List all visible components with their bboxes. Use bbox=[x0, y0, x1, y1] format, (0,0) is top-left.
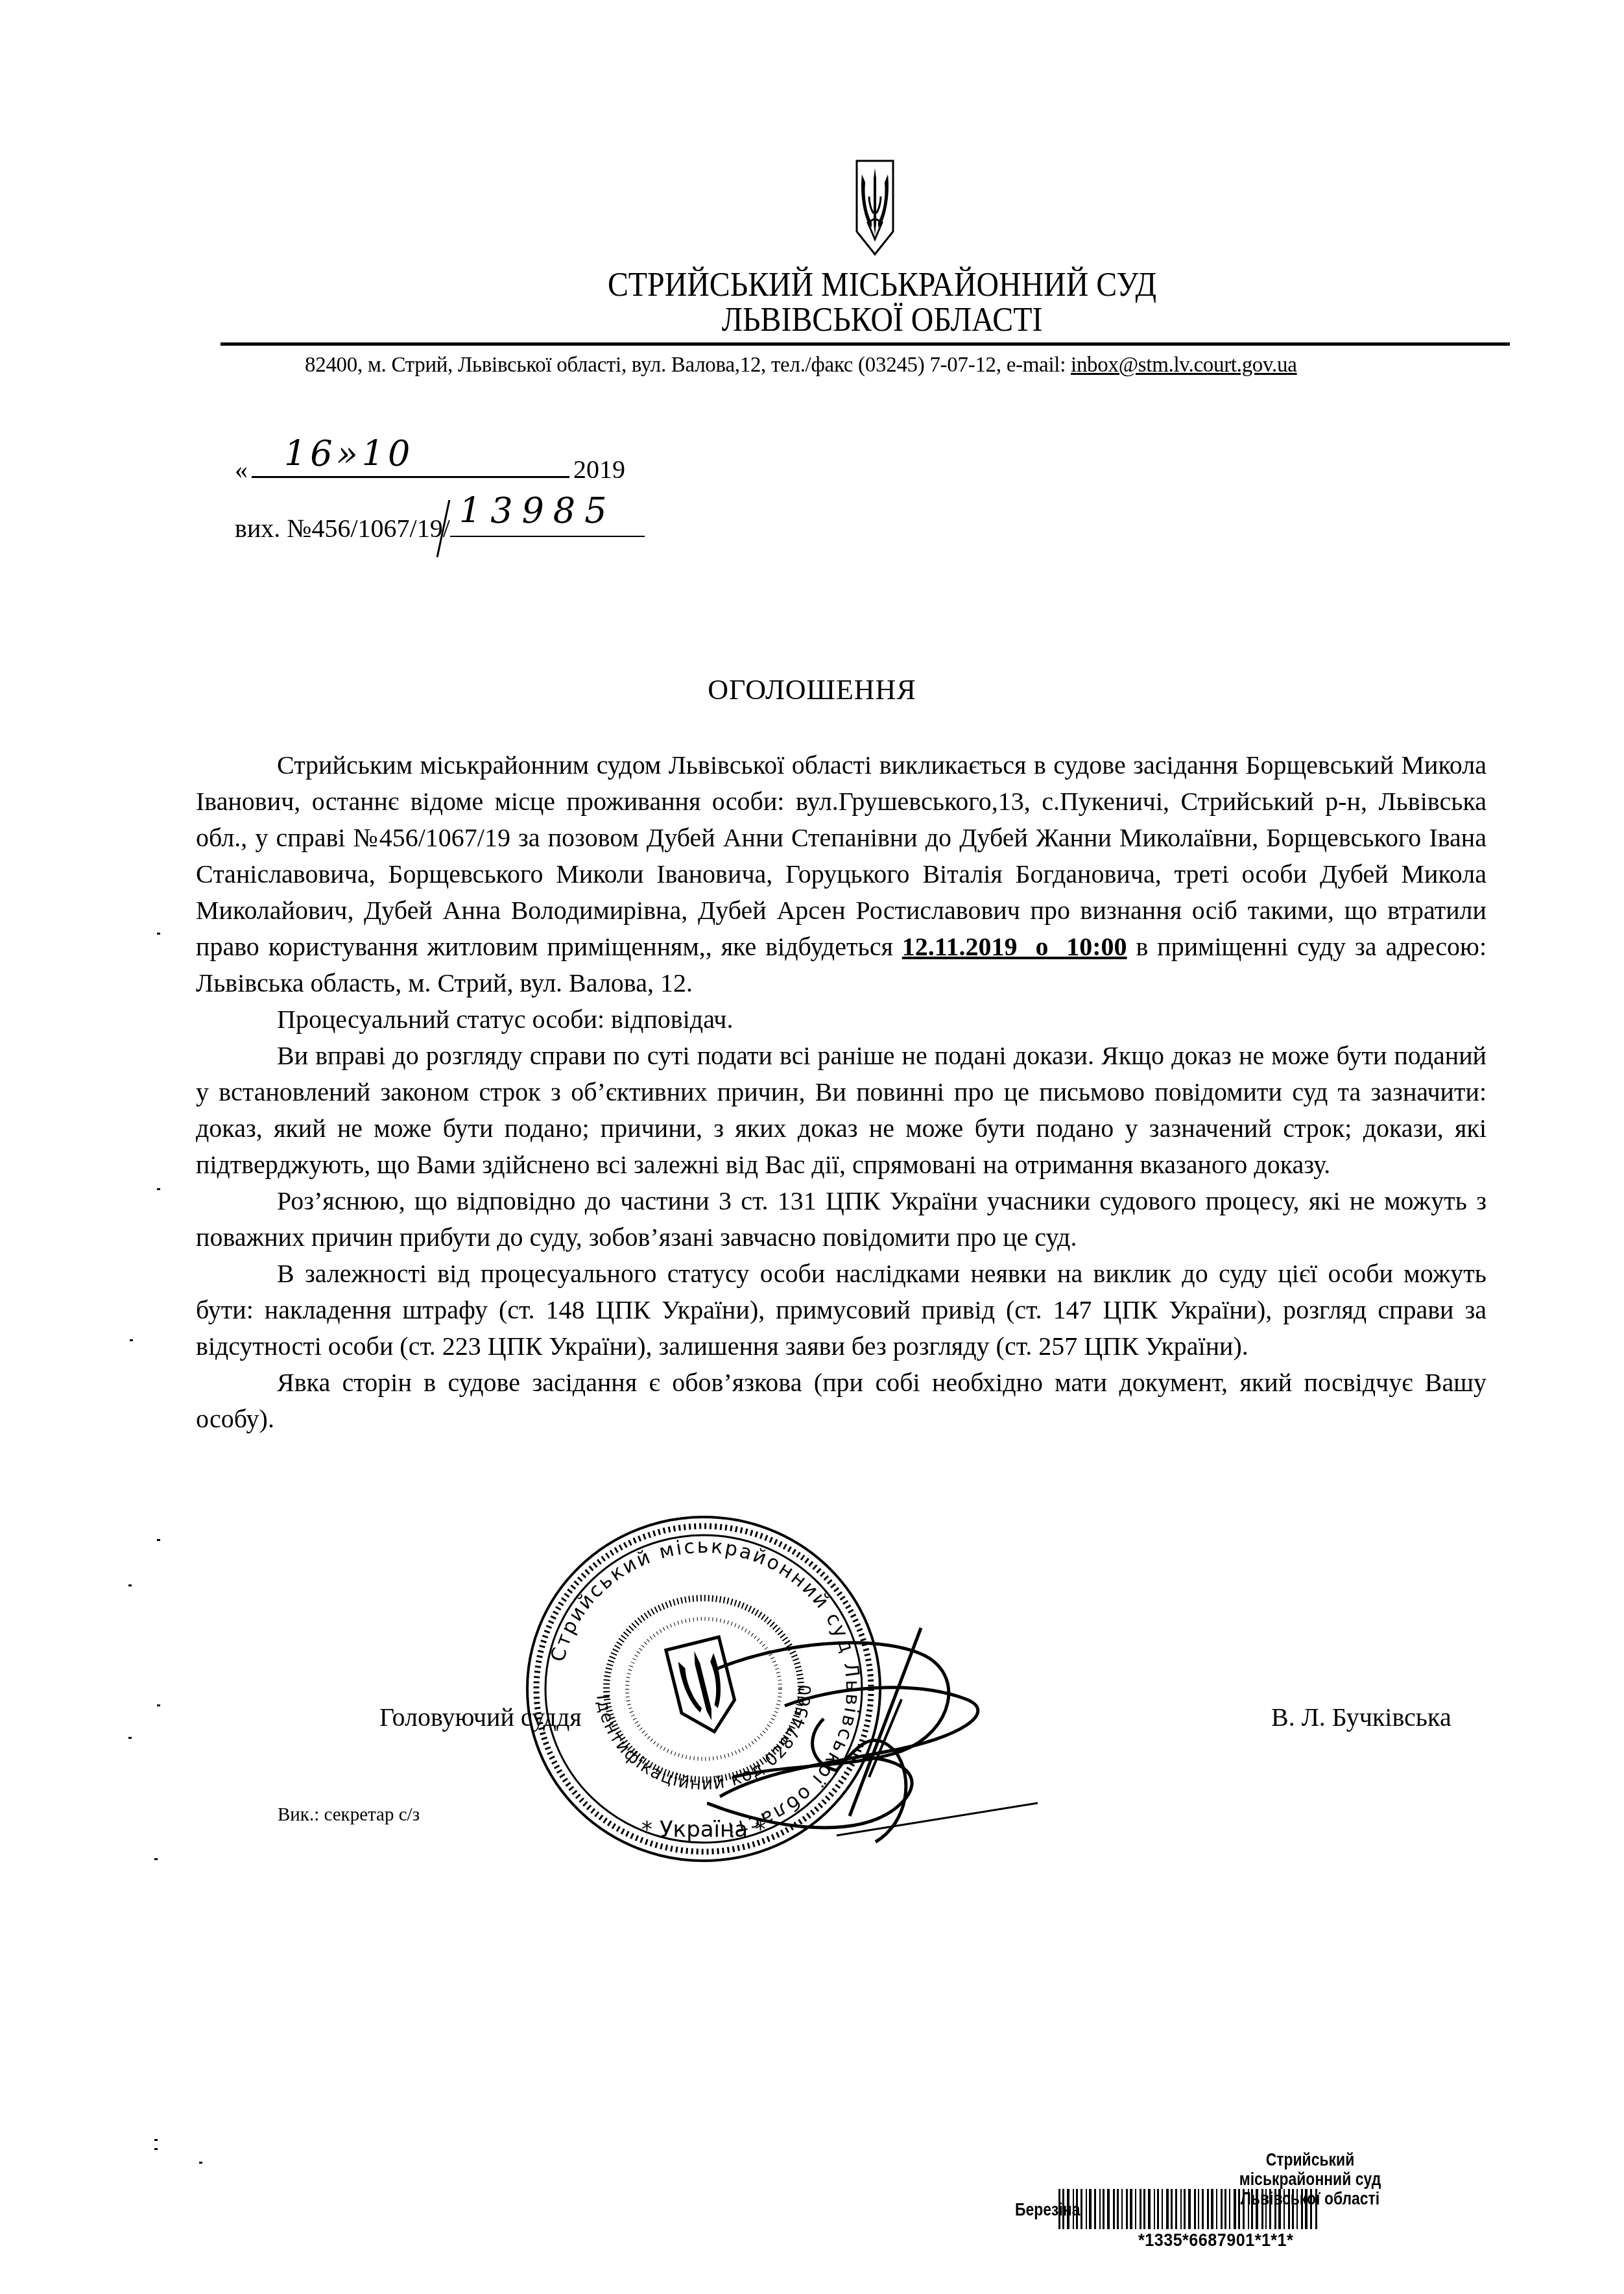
dispatch-date: «16»102019 bbox=[235, 454, 625, 485]
handwritten-signature-icon bbox=[707, 1608, 1044, 1855]
email-link[interactable]: inbox@stm.lv.court.gov.ua bbox=[1071, 353, 1297, 377]
ref-prefix: вих. №456/1067/19/ bbox=[235, 514, 450, 543]
barcode-icon bbox=[1058, 2189, 1320, 2229]
summons-text: Стрийським міськрайонним судом Львівсько… bbox=[196, 750, 1487, 961]
paragraph-consequences: В залежності від процесуального статусу … bbox=[196, 1256, 1487, 1365]
scan-speck bbox=[128, 1584, 132, 1586]
address-text: 82400, м. Стрий, Львівської області, вул… bbox=[305, 353, 1071, 377]
signatory-name: В. Л. Бучківська bbox=[1271, 1702, 1451, 1733]
outgoing-reference: вих. №456/1067/19/13985 bbox=[235, 512, 645, 544]
court-name-line1: СТРИЙСЬКИЙ МІСЬКРАЙОННИЙ СУД bbox=[71, 267, 1624, 304]
date-open-quote: « bbox=[235, 455, 248, 484]
notice-body: Стрийським міськрайонним судом Львівсько… bbox=[196, 747, 1487, 1437]
court-name-line2: ЛЬВІВСЬКОЇ ОБЛАСТІ bbox=[71, 302, 1624, 339]
paragraph-attendance: Явка сторін в судове засідання є обов’яз… bbox=[196, 1365, 1487, 1437]
scan-speck bbox=[157, 1539, 160, 1541]
date-year: 2019 bbox=[573, 455, 625, 484]
court-address: 82400, м. Стрий, Львівської області, вул… bbox=[305, 352, 1297, 378]
executor-note: Вик.: секретар с/з bbox=[278, 1803, 420, 1826]
scan-speck bbox=[154, 2139, 158, 2141]
hearing-datetime: 12.11.2019 о 10:00 bbox=[902, 932, 1127, 961]
trident-coat-of-arms-icon bbox=[855, 159, 895, 256]
paragraph-status: Процесуальний статус особи: відповідач. bbox=[196, 1001, 1487, 1038]
barcode-number: *1335*6687901*1*1* bbox=[1138, 2230, 1293, 2251]
paragraph-explanation: Роз’яснюю, що відповідно до частини 3 ст… bbox=[196, 1183, 1487, 1256]
scan-speck bbox=[157, 1704, 160, 1706]
notice-heading: ОГОЛОШЕННЯ bbox=[0, 673, 1624, 707]
barcode-court-line1: Стрийський міськрайонний суд bbox=[1222, 2150, 1398, 2189]
scan-speck bbox=[154, 2148, 158, 2150]
handwritten-ref-number: 13985 bbox=[459, 496, 616, 527]
ref-blank: 13985 bbox=[450, 512, 645, 537]
handwritten-date: 16»10 bbox=[284, 438, 414, 470]
paragraph-evidence: Ви вправі до розгляду справи по суті под… bbox=[196, 1038, 1487, 1183]
paragraph-summons: Стрийським міськрайонним судом Львівсько… bbox=[196, 747, 1487, 1001]
scan-speck bbox=[130, 1339, 133, 1341]
date-blank: 16»10 bbox=[252, 454, 569, 478]
scan-speck bbox=[154, 1858, 158, 1860]
header-rule bbox=[221, 342, 1510, 346]
scan-speck bbox=[157, 1188, 160, 1190]
scan-speck bbox=[199, 2162, 202, 2164]
scan-speck bbox=[157, 933, 160, 935]
scan-speck bbox=[128, 1737, 132, 1739]
